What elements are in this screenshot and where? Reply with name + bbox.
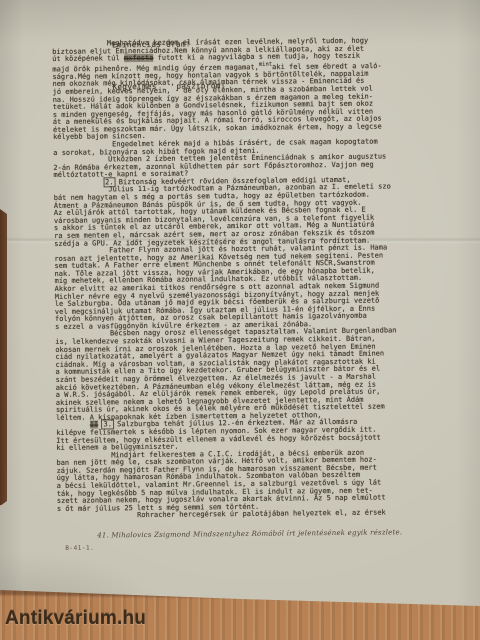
printed-footnote: 41. Mihalovics Zsigmond Mindszentyhez Ró… (97, 528, 402, 539)
typed-line: Rohracher hercegérsek úr palotájában hel… (57, 509, 457, 521)
typed-letter: Eminenciás Uram! Kegyelmes pásztorom! Me… (0, 0, 480, 640)
typed-lines: Meghatódva kezdem el írását ezen levélne… (52, 37, 457, 521)
archive-mark: B-41-1. (65, 545, 94, 552)
antikvarium-watermark: Antikvárium.hu (5, 608, 146, 630)
paper-sheet: Eminenciás Uram! Kegyelmes pásztorom! Me… (0, 0, 480, 640)
paper-edge-shadow (0, 205, 8, 505)
